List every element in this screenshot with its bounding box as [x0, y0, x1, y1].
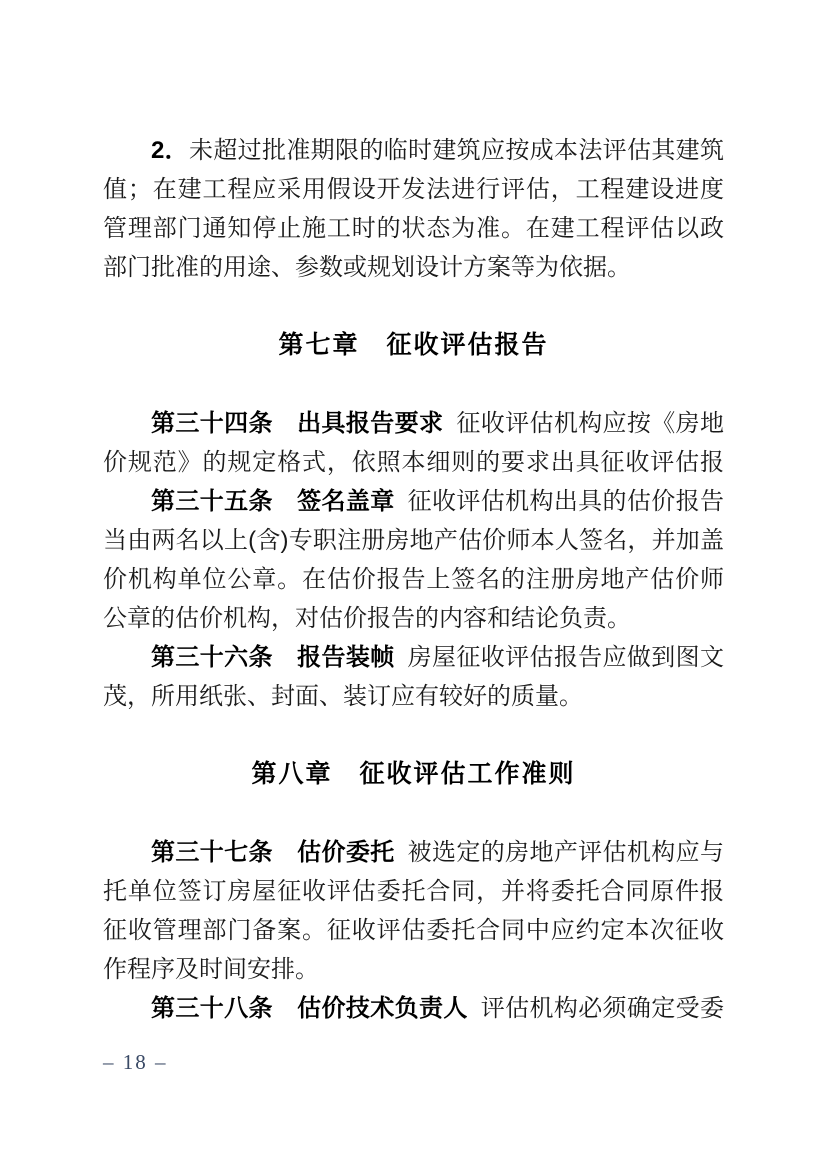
- text-run: 未超过批准期限的临时建筑应按成本法评估其建筑物残: [103, 137, 724, 170]
- article-38: 第三十八条 估价技术负责人评估机构必须确定受委托: [103, 989, 724, 1028]
- text-line: 第三十五条 签名盖章征收评估机构出具的估价报告应: [103, 482, 724, 521]
- text-line: 价规范》的规定格式，依照本细则的要求出具征收评估报告。: [103, 443, 724, 482]
- text-line: 价机构单位公章。在估价报告上签名的注册房地产估价师和加盖: [103, 560, 724, 599]
- article-35: 第三十五条 签名盖章征收评估机构出具的估价报告应 当由两名以上(含)专职注册房地…: [103, 482, 724, 638]
- article-35-heading: 第三十五条 签名盖章: [151, 488, 395, 515]
- paragraph-item-2: 2．未超过批准期限的临时建筑应按成本法评估其建筑物残 值；在建工程应采用假设开发…: [103, 131, 724, 287]
- page-content: 2．未超过批准期限的临时建筑应按成本法评估其建筑物残 值；在建工程应采用假设开发…: [103, 131, 724, 1028]
- text-line: 作程序及时间安排。: [103, 950, 724, 989]
- document-page: 2．未超过批准期限的临时建筑应按成本法评估其建筑物残 值；在建工程应采用假设开发…: [0, 0, 827, 1169]
- article-36-heading: 第三十六条 报告装帧: [151, 644, 395, 671]
- article-37: 第三十七条 估价委托被选定的房地产评估机构应与委 托单位签订房屋征收评估委托合同…: [103, 833, 724, 989]
- list-item-number: 2．: [151, 137, 189, 164]
- text-line: 当由两名以上(含)专职注册房地产估价师本人签名，并加盖估: [103, 521, 724, 560]
- article-34-heading: 第三十四条 出具报告要求: [151, 410, 443, 437]
- article-37-heading: 第三十七条 估价委托: [151, 839, 395, 866]
- text-line: 值；在建工程应采用假设开发法进行评估，工程建设进度以政府: [103, 170, 724, 209]
- article-38-heading: 第三十八条 估价技术负责人: [151, 995, 468, 1022]
- chapter-8-heading: 第八章 征收评估工作准则: [103, 755, 724, 794]
- article-36: 第三十六条 报告装帧房屋征收评估报告应做到图文并 茂，所用纸张、封面、装订应有较…: [103, 638, 724, 716]
- text-line: 管理部门通知停止施工时的状态为准。在建工程评估以政府管理: [103, 209, 724, 248]
- text-line: 第三十四条 出具报告要求征收评估机构应按《房地产估: [103, 404, 724, 443]
- text-line: 托单位签订房屋征收评估委托合同，并将委托合同原件报市房屋: [103, 872, 724, 911]
- text-line: 茂，所用纸张、封面、装订应有较好的质量。: [103, 677, 724, 716]
- chapter-7-heading: 第七章 征收评估报告: [103, 326, 724, 365]
- text-line: 征收管理部门备案。征收评估委托合同中应约定本次征收评估操: [103, 911, 724, 950]
- text-line: 部门批准的用途、参数或规划设计方案等为依据。: [103, 248, 724, 287]
- text-line: 公章的估价机构，对估价报告的内容和结论负责。: [103, 599, 724, 638]
- article-34: 第三十四条 出具报告要求征收评估机构应按《房地产估 价规范》的规定格式，依照本细…: [103, 404, 724, 482]
- page-number: – 18 –: [103, 1048, 168, 1076]
- text-line: 2．未超过批准期限的临时建筑应按成本法评估其建筑物残: [103, 131, 724, 170]
- text-line: 第三十六条 报告装帧房屋征收评估报告应做到图文并: [103, 638, 724, 677]
- text-line: 第三十七条 估价委托被选定的房地产评估机构应与委: [103, 833, 724, 872]
- text-line: 第三十八条 估价技术负责人评估机构必须确定受委托: [103, 989, 724, 1028]
